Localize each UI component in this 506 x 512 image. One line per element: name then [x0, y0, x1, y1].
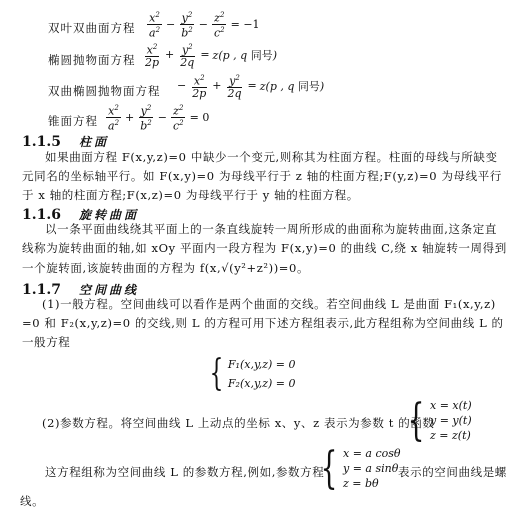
eq-elliptic-paraboloid: x22p+ y22q=z(p , q 同号) — [142, 42, 277, 68]
system-row: z = bθ — [343, 476, 401, 491]
param-equation-system: { x = x(t) y = y(t) z = z(t) — [402, 398, 472, 443]
paragraph-line: 元同名的坐标轴平行。如 F(x,y)=0 为母线平行于 z 轴的柱面方程;F(y… — [22, 167, 502, 186]
eq-label-elliptic-paraboloid: 椭圆抛物面方程 — [48, 52, 136, 68]
paragraph-line: (1)一般方程。空间曲线可以看作是两个曲面的交线。若空间曲线 L 是曲面 F₁(… — [42, 295, 496, 314]
eq-cone: x2a2+ y2b2− z2c2= 0 — [105, 103, 212, 131]
example-text-before: 这方程组称为空间曲线 L 的参数方程,例如,参数方程 — [45, 463, 324, 482]
left-brace-icon: { — [210, 356, 224, 392]
system-row: F₁(x,y,z) = 0 — [228, 355, 296, 374]
section-title: 柱面 — [79, 135, 109, 149]
system-row: y = a sinθ — [343, 461, 401, 476]
paragraph-line: 一般方程 — [22, 333, 70, 352]
paragraph-line: 以一条平面曲线绕其平面上的一条直线旋转一周所形成的曲面称为旋转曲面,这条定直 — [45, 220, 497, 239]
example-text-end: 线。 — [20, 492, 44, 511]
eq-label-hyperbolic-paraboloid: 双曲椭圆抛物面方程 — [48, 83, 161, 99]
eq-label-cone: 锥面方程 — [48, 113, 98, 129]
paragraph-line: 线称为旋转曲面的轴,如 xOy 平面内一段方程为 F(x,y)=0 的曲线 C,… — [22, 239, 506, 258]
system-row: y = y(t) — [430, 413, 472, 428]
paragraph-line: 于 x 轴的柱面方程;F(x,z)=0 为母线平行于 y 轴的柱面方程。 — [22, 186, 359, 205]
eq-two-sheet-hyperboloid: x2a2− y2b2− z2c2= −1 — [146, 10, 263, 38]
paragraph-line: 如果曲面方程 F(x,y,z)=0 中缺少一个变元,则称其为柱面方程。柱面的母线… — [45, 148, 498, 167]
example-text-after: 表示的空间曲线是螺旋 — [398, 463, 506, 482]
paragraph-line: 一个旋转面,该旋转曲面的方程为 f(x,√(y²+z²))=0。 — [22, 259, 309, 278]
param-intro: (2)参数方程。将空间曲线 L 上动点的坐标 x、y、z 表示为参数 t 的函数 — [42, 414, 435, 433]
system-row: F₂(x,y,z) = 0 — [228, 374, 296, 393]
helix-equation-system: { x = a cosθ y = a sinθ z = bθ — [315, 446, 401, 491]
system-row: z = z(t) — [430, 428, 472, 443]
paragraph-line: =0 和 F₂(x,y,z)=0 的交线,则 L 的方程可用下述方程组表示,此方… — [22, 314, 504, 333]
eq-hyperbolic-paraboloid: −x22p+ y22q=z(p , q 同号) — [174, 73, 324, 99]
general-equation-system: { F₁(x,y,z) = 0 F₂(x,y,z) = 0 — [205, 355, 296, 393]
left-brace-icon: { — [321, 447, 338, 491]
left-brace-icon: { — [408, 399, 425, 443]
eq-label-two-sheet-hyperboloid: 双叶双曲面方程 — [48, 20, 136, 36]
system-row: x = a cosθ — [343, 446, 401, 461]
system-row: x = x(t) — [430, 398, 472, 413]
